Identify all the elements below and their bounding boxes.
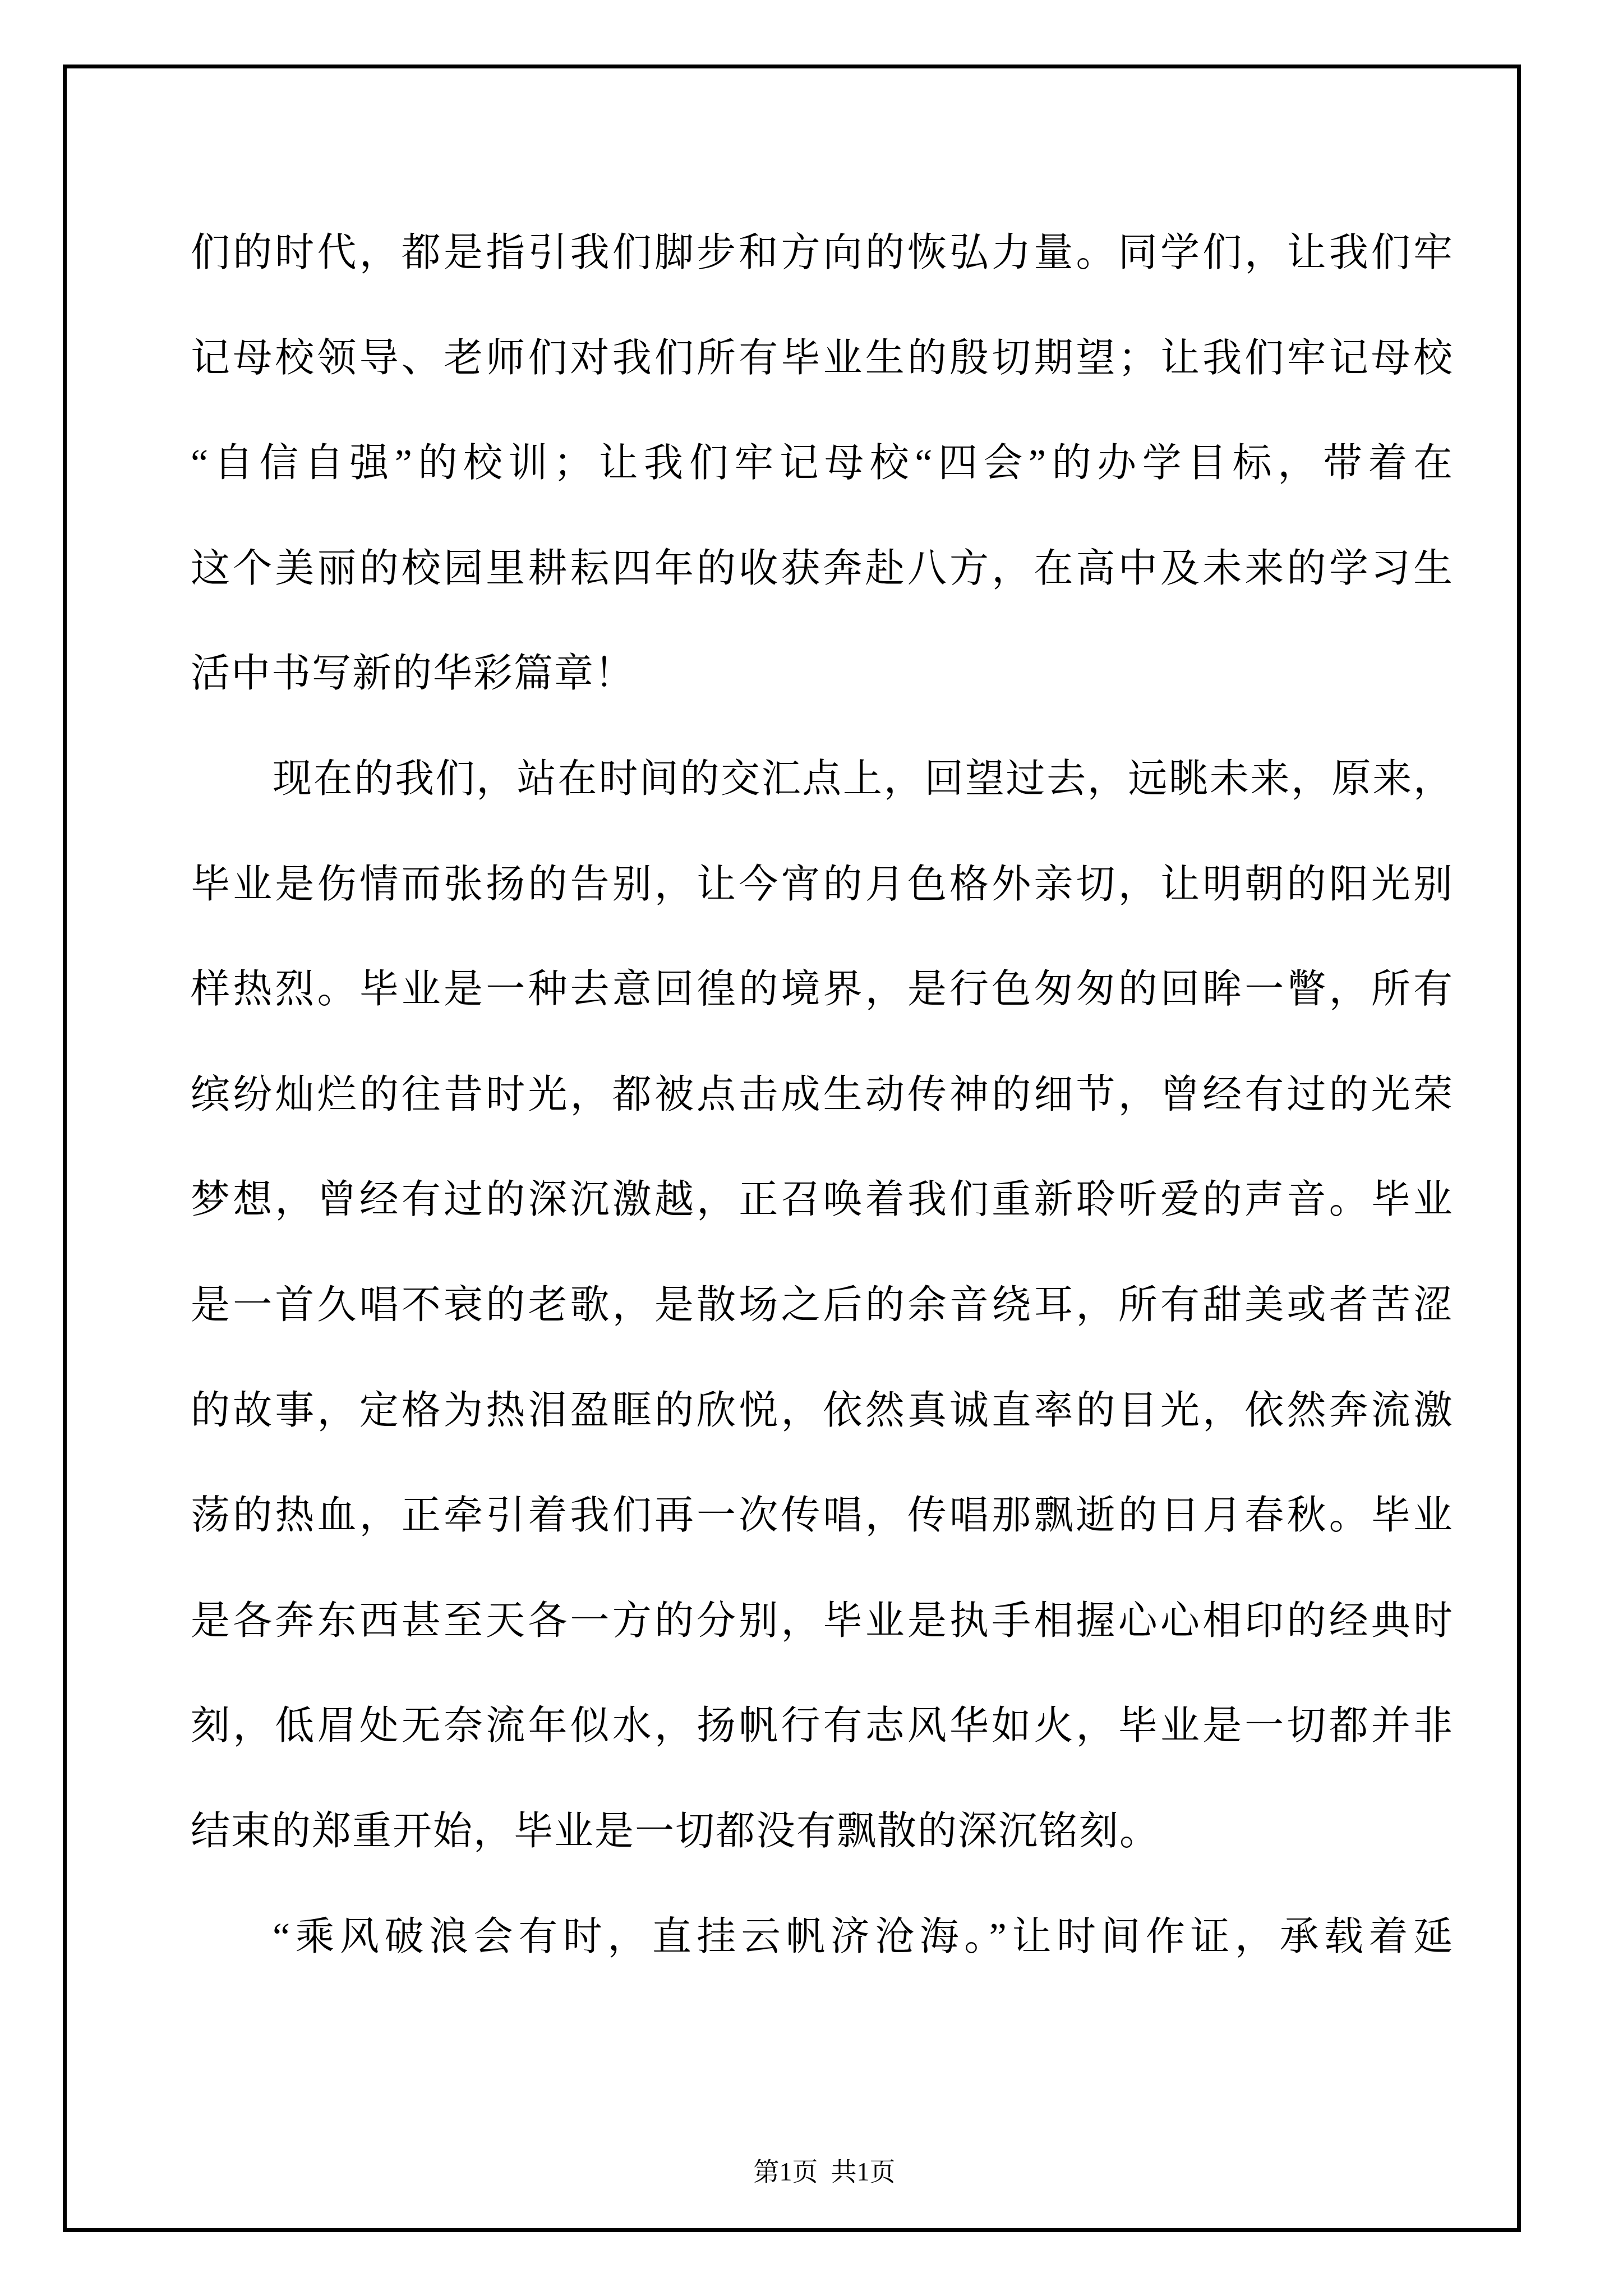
text-line: 活中书写新的华彩篇章！ (191, 622, 1454, 727)
text-line: “自信自强”的校训；让我们牢记母校“四会”的办学目标，带着在 (191, 411, 1454, 517)
text-line: “乘风破浪会有时，直挂云帆济沧海。”让时间作证，承载着延 (191, 1885, 1454, 1990)
text-line: 毕业是伤情而张扬的告别，让今宵的月色格外亲切，让明朝的阳光别 (191, 832, 1454, 938)
text-line: 是一首久唱不衰的老歌，是散场之后的余音绕耳，所有甜美或者苦涩 (191, 1253, 1454, 1359)
text-line: 的故事，定格为热泪盈眶的欣悦，依然真诚直率的目光，依然奔流激 (191, 1359, 1454, 1464)
text-line: 缤纷灿烂的往昔时光，都被点击成生动传神的细节，曾经有过的光荣 (191, 1043, 1454, 1148)
text-line: 们的时代，都是指引我们脚步和方向的恢弘力量。同学们，让我们牢 (191, 201, 1454, 306)
document-page: 们的时代，都是指引我们脚步和方向的恢弘力量。同学们，让我们牢记母校领导、老师们对… (0, 0, 1623, 2296)
text-line: 记母校领导、老师们对我们所有毕业生的殷切期望；让我们牢记母校 (191, 306, 1454, 412)
page-footer: 第1页 共1页 (0, 2125, 1623, 2219)
page-number: 第1页 共1页 (754, 2157, 896, 2186)
document-body: 们的时代，都是指引我们脚步和方向的恢弘力量。同学们，让我们牢记母校领导、老师们对… (191, 201, 1454, 1990)
text-line: 样热烈。毕业是一种去意回徨的境界，是行色匆匆的回眸一瞥，所有 (191, 937, 1454, 1043)
text-line: 结束的郑重开始，毕业是一切都没有飘散的深沉铭刻。 (191, 1779, 1454, 1885)
text-line: 这个美丽的校园里耕耘四年的收获奔赴八方，在高中及未来的学习生 (191, 517, 1454, 622)
text-line: 是各奔东西甚至天各一方的分别，毕业是执手相握心心相印的经典时 (191, 1569, 1454, 1674)
text-line: 荡的热血，正牵引着我们再一次传唱，传唱那飘逝的日月春秋。毕业 (191, 1464, 1454, 1569)
text-line: 刻，低眉处无奈流年似水，扬帆行有志风华如火，毕业是一切都并非 (191, 1674, 1454, 1779)
text-line: 现在的我们，站在时间的交汇点上，回望过去，远眺未来，原来， (191, 727, 1454, 832)
text-line: 梦想，曾经有过的深沉激越，正召唤着我们重新聆听爱的声音。毕业 (191, 1148, 1454, 1253)
